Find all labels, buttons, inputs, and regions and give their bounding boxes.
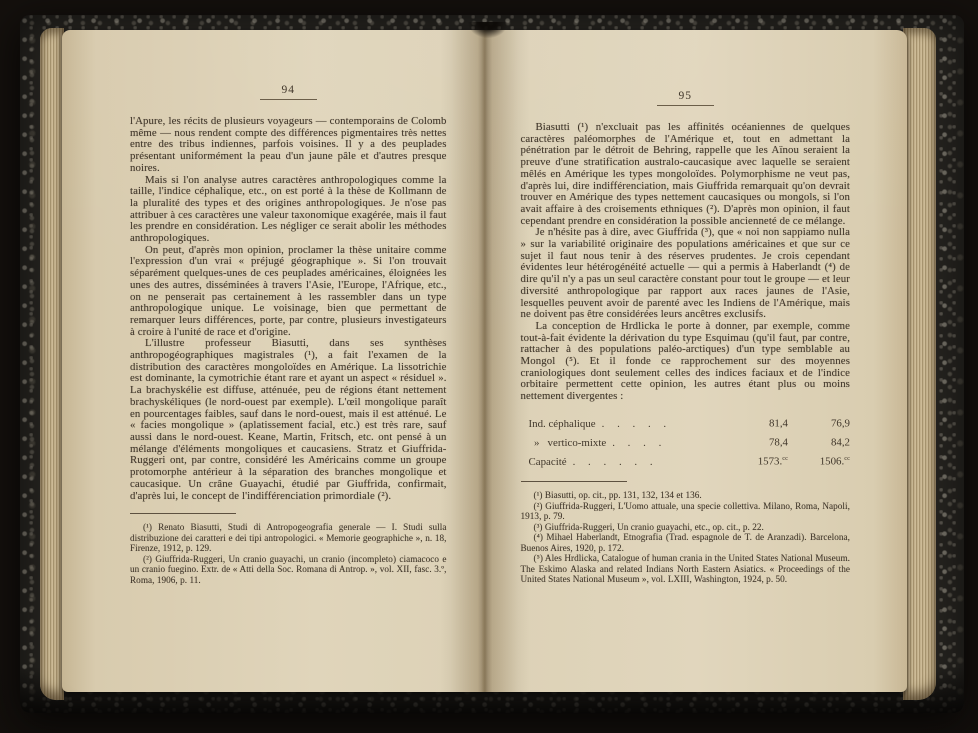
left-page: 94 l'Apure, les récits de plusieurs voya… <box>62 30 485 692</box>
table-row: Capacité . . . . . . 1573.cc 1506.cc <box>529 451 851 470</box>
right-page: 95 Biasutti (¹) n'excluait pas les affin… <box>485 30 908 692</box>
body-paragraph: l'Apure, les récits de plusieurs voyageu… <box>130 116 447 175</box>
value: 1573. <box>758 456 783 468</box>
footnotes-right: (¹) Biasutti, op. cit., pp. 131, 132, 13… <box>521 490 851 585</box>
footnote: (⁴) Mihael Haberlandt, Etnografia (Trad.… <box>521 532 851 553</box>
value: 1506. <box>820 456 845 468</box>
row-label: Ind. céphalique <box>529 417 596 433</box>
body-paragraph: Mais si l'on analyse autres caractères a… <box>130 175 447 245</box>
footnote: (¹) Renato Biasutti, Studi di Antropogeo… <box>130 522 447 554</box>
body-text-left: l'Apure, les récits de plusieurs voyageu… <box>130 116 447 502</box>
open-book-pages: 94 l'Apure, les récits de plusieurs voya… <box>62 30 907 692</box>
page-header-right: 95 <box>521 86 851 106</box>
page-edges-right <box>903 28 936 700</box>
footnote-separator <box>521 481 627 482</box>
value-col1: 1573.cc <box>726 451 788 470</box>
value: 78,4 <box>769 437 788 449</box>
page-edges-left <box>40 28 64 700</box>
table-row: Ind. céphalique . . . . . 81,4 76,9 <box>529 413 851 432</box>
footnote: (¹) Biasutti, op. cit., pp. 131, 132, 13… <box>521 490 851 501</box>
body-text-right: Biasutti (¹) n'excluait pas les affinité… <box>521 122 851 403</box>
value-col2: 84,2 <box>788 432 850 451</box>
body-paragraph: Biasutti (¹) n'excluait pas les affinité… <box>521 122 851 227</box>
value: 84,2 <box>831 437 850 449</box>
footnote: (⁵) Ales Hrdlicka, Catalogue of human cr… <box>521 553 851 585</box>
value-col2: 76,9 <box>788 413 850 432</box>
footnote: (²) Giuffrida-Ruggeri, Un cranio guayach… <box>130 554 447 586</box>
dot-leader: . . . . <box>606 436 726 452</box>
dot-leader: . . . . . <box>596 417 726 433</box>
footnotes-left: (¹) Renato Biasutti, Studi di Antropogeo… <box>130 522 447 585</box>
page-number: 94 <box>260 84 318 100</box>
value-col1: 81,4 <box>726 413 788 432</box>
value-col1: 78,4 <box>726 432 788 451</box>
value: 81,4 <box>769 418 788 430</box>
page-number: 95 <box>657 90 715 106</box>
row-label: Capacité <box>529 455 567 471</box>
footnote: (³) Giuffrida-Ruggeri, Un cranio guayach… <box>521 522 851 533</box>
page-header-left: 94 <box>130 80 447 100</box>
table-row: » vertico-mixte . . . . 78,4 84,2 <box>529 432 851 451</box>
footnote-separator <box>130 513 236 514</box>
value-col2: 1506.cc <box>788 451 850 470</box>
body-paragraph: Je n'hésite pas à dire, avec Giuffrida (… <box>521 227 851 321</box>
body-paragraph: On peut, d'après mon opinion, proclamer … <box>130 245 447 339</box>
body-paragraph: L'illustre professeur Biasutti, dans ses… <box>130 338 447 502</box>
dot-leader: . . . . . . <box>567 455 726 471</box>
value: 76,9 <box>831 418 850 430</box>
book-photo: 94 l'Apure, les récits de plusieurs voya… <box>0 0 978 733</box>
body-paragraph: La conception de Hrdlicka le porte à don… <box>521 321 851 403</box>
value-unit: cc <box>844 455 850 462</box>
row-label: » vertico-mixte <box>529 436 607 452</box>
footnote: (²) Giuffrida-Ruggeri, L'Uomo attuale, u… <box>521 501 851 522</box>
cranial-indices-table: Ind. céphalique . . . . . 81,4 76,9 » ve… <box>529 413 851 470</box>
